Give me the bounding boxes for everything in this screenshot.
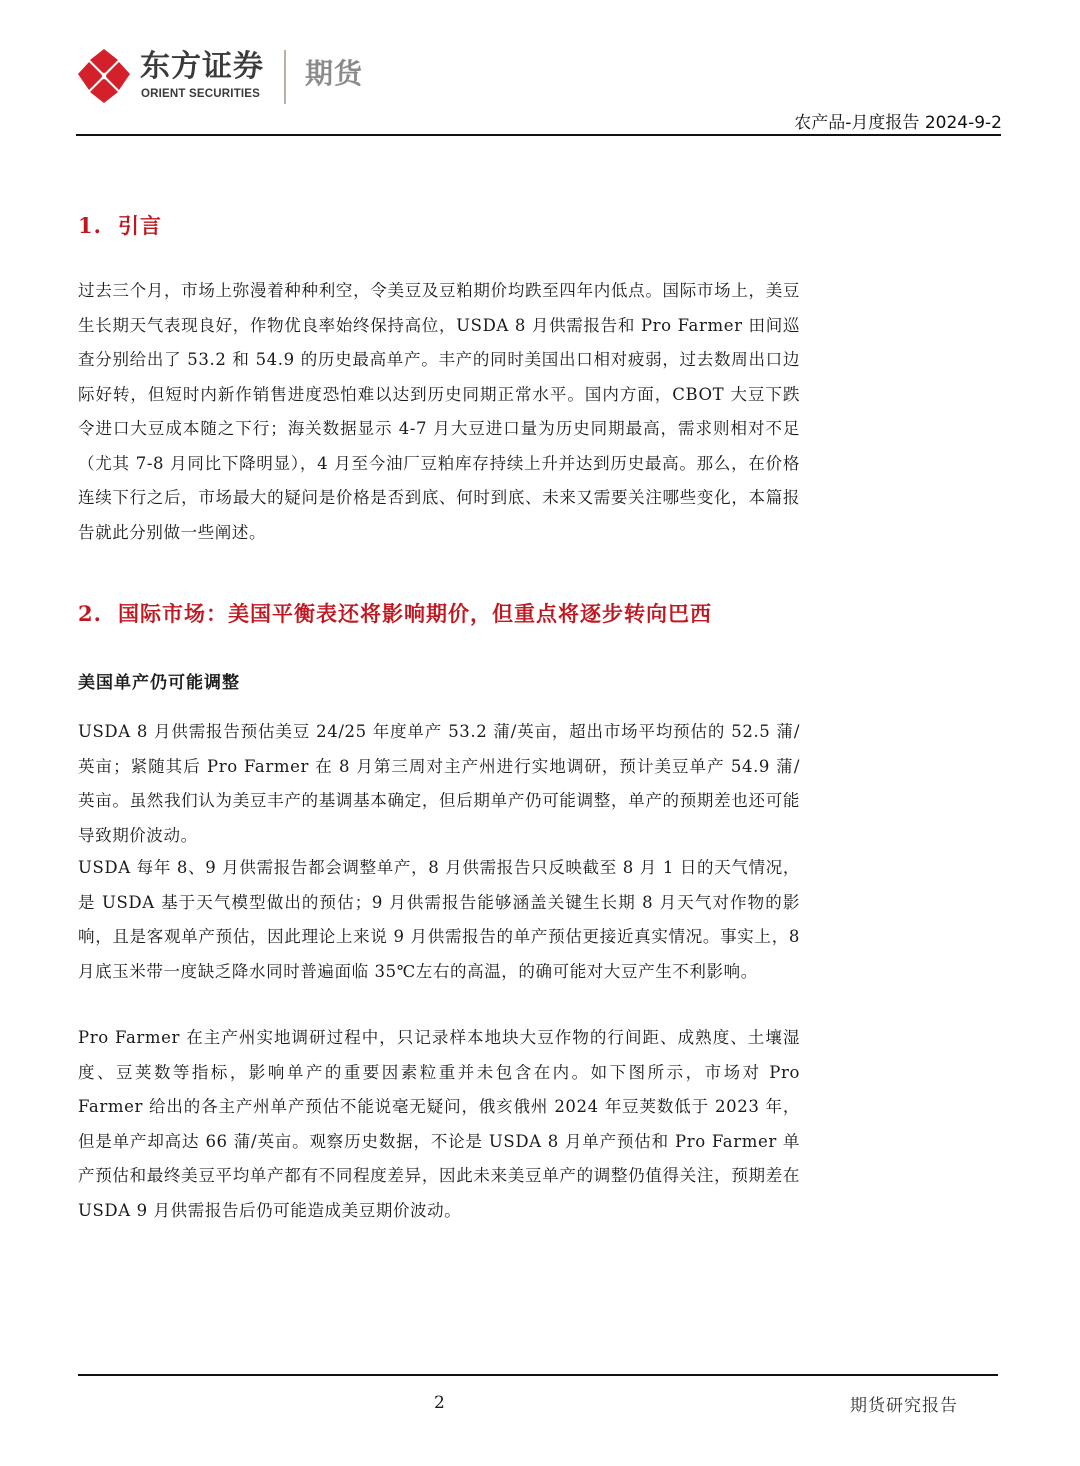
brand-name-en: ORIENT SECURITIES [141, 88, 260, 100]
body-paragraph: Pro Farmer 在主产州实地调研过程中，只记录样本地块大豆作物的行间距、成… [78, 1021, 800, 1228]
section-number: 2. [78, 601, 118, 626]
report-type-date: 农产品-月度报告 2024-9-2 [794, 108, 1002, 133]
page-header: 东方证券 ORIENT SECURITIES 期货 农产品-月度报告 2024-… [0, 0, 1080, 140]
subsection-heading: 美国单产仍可能调整 [78, 668, 240, 693]
footer-label: 期货研究报告 [850, 1391, 958, 1416]
intro-paragraph: 过去三个月，市场上弥漫着种种利空，令美豆及豆粕期价均跌至四年内低点。国际市场上，… [78, 274, 800, 550]
body-paragraph: USDA 每年 8、9 月供需报告都会调整单产，8 月供需报告只反映截至 8 月… [78, 851, 800, 989]
section-1-heading: 1.引言 [78, 210, 162, 240]
body-paragraph: USDA 8 月供需报告预估美豆 24/25 年度单产 53.2 蒲/英亩，超出… [78, 715, 800, 853]
section-2-heading: 2.国际市场：美国平衡表还将影响期价，但重点将逐步转向巴西 [78, 598, 712, 628]
sub-brand: 期货 [305, 52, 363, 92]
section-title: 引言 [118, 213, 162, 238]
section-title: 国际市场：美国平衡表还将影响期价，但重点将逐步转向巴西 [118, 601, 712, 626]
orient-securities-logo-icon [76, 47, 132, 105]
logo-divider [284, 50, 286, 104]
brand-name-cn: 东方证券 [140, 50, 264, 84]
section-number: 1. [78, 213, 118, 238]
header-divider [76, 134, 1001, 136]
page-number: 2 [434, 1393, 445, 1413]
footer-divider [78, 1374, 998, 1376]
